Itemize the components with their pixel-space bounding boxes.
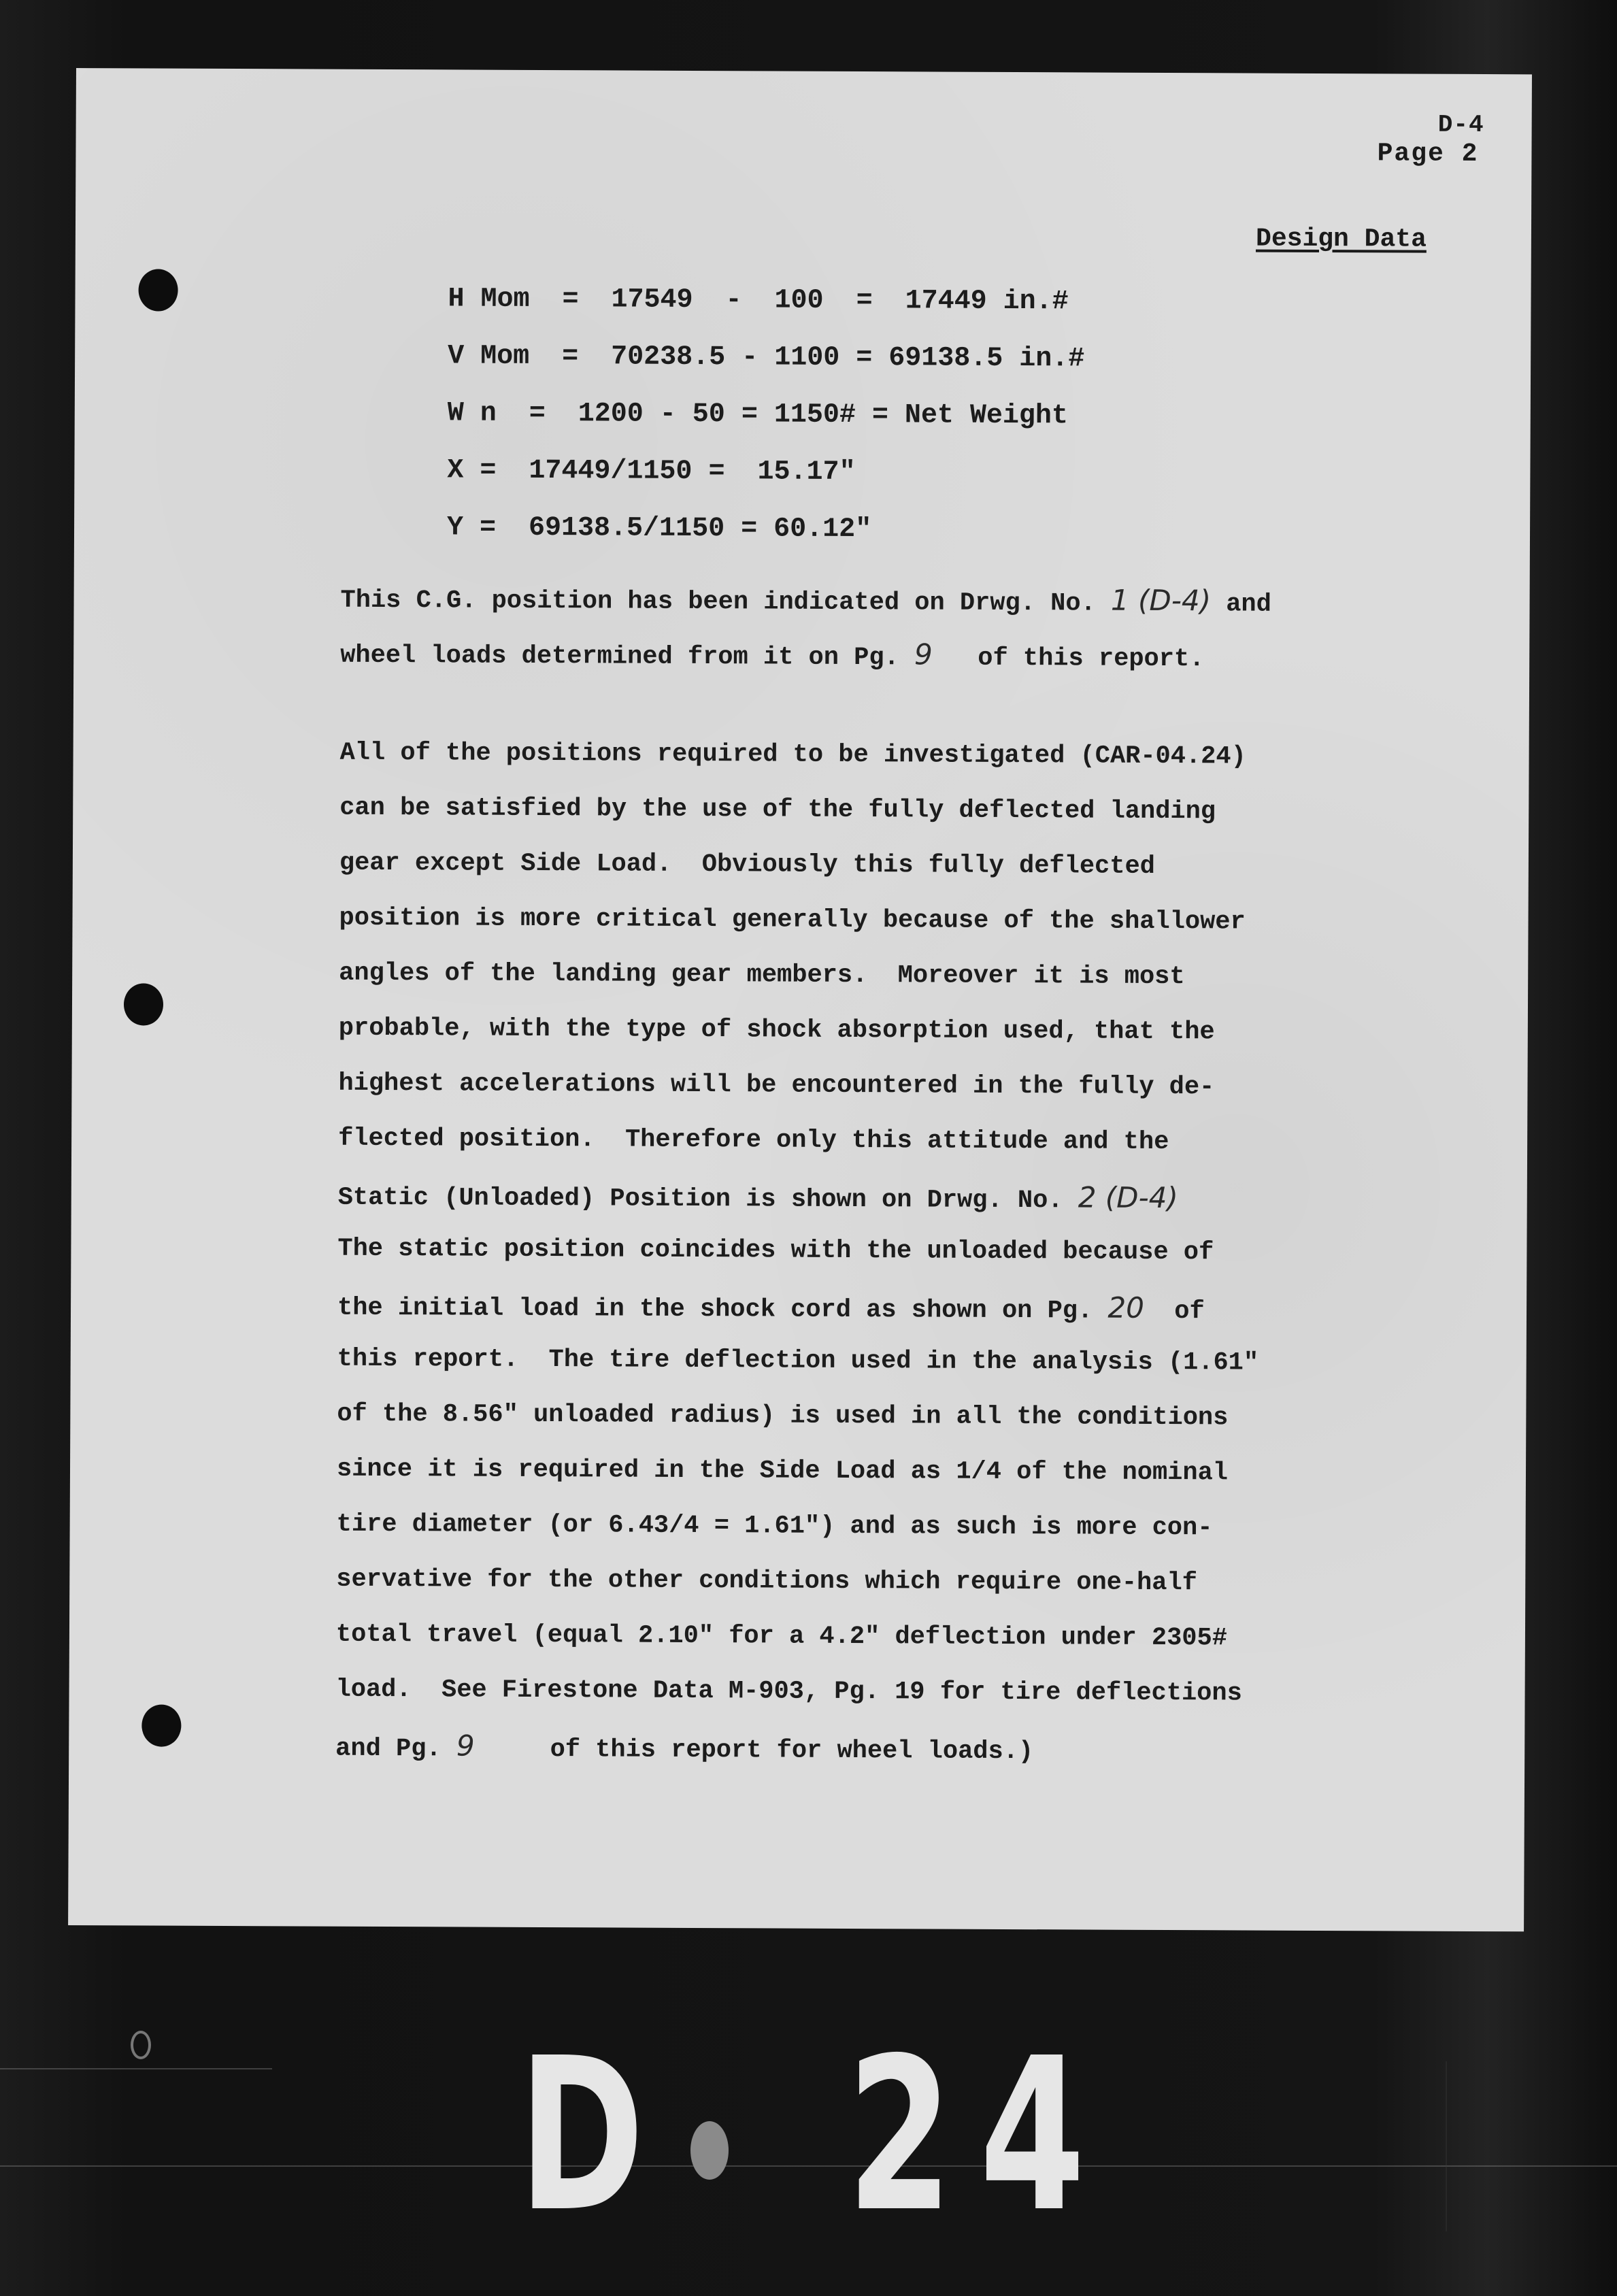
typed-text: highest accelerations will be encountere… bbox=[338, 1069, 1214, 1102]
typed-text: of the 8.56" unloaded radius) is used in… bbox=[337, 1400, 1228, 1433]
frame-label-letter: D bbox=[518, 2034, 644, 2238]
equations-block: H Mom = 17549 - 100 = 17449 in.# V Mom =… bbox=[447, 284, 1085, 572]
equation-y-cg: Y = 69138.5/1150 = 60.12" bbox=[447, 512, 1084, 572]
frame-label-dot bbox=[690, 2121, 729, 2180]
document-page: D-4 Page 2 Design Data H Mom = 17549 - 1… bbox=[68, 68, 1532, 1931]
text-line: tire diameter (or 6.43/4 = 1.61") and as… bbox=[336, 1497, 1424, 1557]
typed-text: of bbox=[1144, 1297, 1205, 1326]
typed-text: the initial load in the shock cord as sh… bbox=[337, 1294, 1108, 1326]
typed-text: and Pg. bbox=[335, 1735, 456, 1764]
punch-hole bbox=[141, 1704, 181, 1746]
typed-text: can be satisfied by the use of the fully… bbox=[339, 794, 1216, 827]
typed-text: since it is required in the Side Load as… bbox=[337, 1455, 1228, 1488]
text-line: Static (Unloaded) Position is shown on D… bbox=[338, 1167, 1427, 1227]
film-frame-label: D 2 4 bbox=[0, 2034, 1617, 2238]
text-line: highest accelerations will be encountere… bbox=[338, 1057, 1427, 1116]
paragraph-landing-gear-positions: All of the positions required to be inve… bbox=[335, 726, 1429, 1778]
handwritten-annotation: 9 bbox=[456, 1729, 475, 1762]
typed-text: gear except Side Load. Obviously this fu… bbox=[339, 849, 1155, 881]
text-line: total travel (equal 2.10" for a 4.2" def… bbox=[336, 1608, 1424, 1667]
handwritten-annotation: 2 (D-4) bbox=[1078, 1180, 1178, 1214]
text-line: This C.G. position has been indicated on… bbox=[340, 569, 1429, 629]
typed-text: tire diameter (or 6.43/4 = 1.61") and as… bbox=[337, 1510, 1213, 1543]
typed-text: Static (Unloaded) Position is shown on D… bbox=[338, 1184, 1078, 1216]
equation-x-cg: X = 17449/1150 = 15.17" bbox=[447, 455, 1084, 515]
text-line: since it is required in the Side Load as… bbox=[337, 1442, 1425, 1502]
text-line: gear except Side Load. Obviously this fu… bbox=[339, 836, 1428, 896]
typed-text: angles of the landing gear members. More… bbox=[339, 959, 1185, 991]
paragraph-cg-position: This C.G. position has been indicated on… bbox=[340, 569, 1429, 684]
handwritten-annotation: 20 bbox=[1107, 1291, 1144, 1325]
text-line: position is more critical generally beca… bbox=[339, 891, 1427, 951]
typed-text: The static position coincides with the u… bbox=[337, 1235, 1214, 1267]
equation-net-weight: W n = 1200 - 50 = 1150# = Net Weight bbox=[448, 398, 1085, 458]
text-line: The static position coincides with the u… bbox=[337, 1222, 1426, 1282]
equation-v-moment: V Mom = 70238.5 - 1100 = 69138.5 in.# bbox=[448, 341, 1085, 401]
typed-text: wheel loads determined from it on Pg. bbox=[340, 642, 914, 673]
handwritten-annotation: 1 (D-4) bbox=[1111, 584, 1211, 618]
typed-text: servative for the other conditions which… bbox=[336, 1565, 1197, 1598]
typed-text: of this report. bbox=[933, 644, 1205, 674]
punch-hole bbox=[138, 269, 178, 311]
text-line: the initial load in the shock cord as sh… bbox=[337, 1277, 1426, 1337]
text-line: servative for the other conditions which… bbox=[336, 1552, 1424, 1612]
text-line: of the 8.56" unloaded radius) is used in… bbox=[337, 1387, 1425, 1447]
frame-label-digit: 4 bbox=[980, 2034, 1085, 2238]
page-number: Page 2 bbox=[1378, 139, 1479, 169]
typed-text: this report. The tire deflection used in… bbox=[337, 1345, 1259, 1378]
typed-text: total travel (equal 2.10" for a 4.2" def… bbox=[336, 1620, 1227, 1653]
typed-text: of this report for wheel loads.) bbox=[475, 1735, 1034, 1767]
frame-label-digit: 2 bbox=[847, 2034, 952, 2238]
handwritten-annotation: 9 bbox=[914, 637, 933, 671]
text-line: probable, with the type of shock absorpt… bbox=[339, 1001, 1427, 1061]
text-line: flected position. Therefore only this at… bbox=[338, 1112, 1427, 1171]
text-line: All of the positions required to be inve… bbox=[339, 726, 1428, 786]
typed-text: position is more critical generally beca… bbox=[339, 904, 1245, 937]
section-title: Design Data bbox=[1256, 224, 1427, 254]
text-line: and Pg. 9 of this report for wheel loads… bbox=[335, 1718, 1424, 1778]
document-reference: D-4 bbox=[1438, 111, 1484, 139]
typed-text: flected position. Therefore only this at… bbox=[338, 1125, 1169, 1157]
text-line: load. See Firestone Data M-903, Pg. 19 f… bbox=[335, 1663, 1424, 1723]
typed-text: This C.G. position has been indicated on… bbox=[340, 586, 1111, 618]
typed-text: All of the positions required to be inve… bbox=[340, 739, 1246, 771]
text-line: this report. The tire deflection used in… bbox=[337, 1332, 1426, 1392]
typed-text: load. See Firestone Data M-903, Pg. 19 f… bbox=[336, 1676, 1242, 1708]
equation-h-moment: H Mom = 17549 - 100 = 17449 in.# bbox=[448, 284, 1085, 344]
text-line: angles of the landing gear members. More… bbox=[339, 946, 1427, 1006]
typed-text: and bbox=[1211, 590, 1271, 618]
typed-text: probable, with the type of shock absorpt… bbox=[339, 1014, 1215, 1047]
punch-hole bbox=[124, 983, 163, 1025]
text-line: wheel loads determined from it on Pg. 9 … bbox=[340, 625, 1429, 684]
text-line: can be satisfied by the use of the fully… bbox=[339, 781, 1428, 841]
